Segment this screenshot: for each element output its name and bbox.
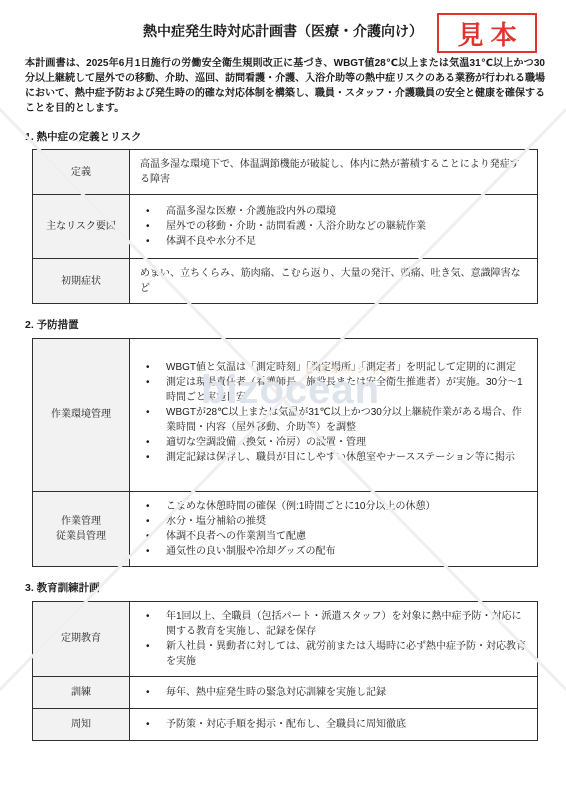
row-content: 高温多湿な環境下で、体温調節機能が破綻し、体内に熱が蓄積することにより発症する障… [130, 150, 538, 195]
bullet-item: WBGT値と気温は「測定時刻」「測定場所」「測定者」を明記して定期的に測定 [140, 360, 527, 375]
section-heading: 1. 熱中症の定義とリスク [25, 131, 566, 145]
row-text: めまい、立ちくらみ、筋肉痛、こむら返り、大量の発汗、頭痛、吐き気、意識障害など [140, 268, 521, 294]
sections: 1. 熱中症の定義とリスク定義高温多湿な環境下で、体温調節機能が破綻し、体内に熱… [0, 131, 566, 741]
row-text: 高温多湿な環境下で、体温調節機能が破綻し、体内に熱が蓄積することにより発症する障… [140, 159, 520, 185]
bullet-item: 新入社員・異動者に対しては、就労前または入場時に必ず熱中症予防・対応教育を実施 [140, 639, 527, 669]
bullet-item: 体調不良者への作業割当て配慮 [140, 529, 527, 544]
row-label: 周知 [33, 708, 130, 740]
bullet-item: 予防策・対応手順を掲示・配布し、全職員に周知徹底 [140, 717, 527, 732]
row-label: 定期教育 [33, 601, 130, 676]
bullet-list: 毎年、熱中症発生時の緊急対応訓練を実施し記録 [140, 685, 527, 700]
bullet-item: 測定は現場責任者（看護師長・施設長または安全衛生推進者）が実施。30分～1時間ご… [140, 375, 527, 405]
table-row: 訓練毎年、熱中症発生時の緊急対応訓練を実施し記録 [33, 676, 538, 708]
row-content: 予防策・対応手順を掲示・配布し、全職員に周知徹底 [130, 708, 538, 740]
bullet-item: WBGTが28℃以上または気温が31℃以上かつ30分以上継続作業がある場合、作業… [140, 405, 527, 435]
row-label: 訓練 [33, 676, 130, 708]
table-row: 定義高温多湿な環境下で、体温調節機能が破綻し、体内に熱が蓄積することにより発症す… [33, 150, 538, 195]
bullet-list: WBGT値と気温は「測定時刻」「測定場所」「測定者」を明記して定期的に測定測定は… [140, 360, 527, 465]
row-label: 作業環境管理 [33, 338, 130, 491]
bullet-item: こまめな休憩時間の確保（例:1時間ごとに10分以上の休憩） [140, 499, 527, 514]
row-content: こまめな休憩時間の確保（例:1時間ごとに10分以上の休憩）水分・塩分補給の推奨体… [130, 491, 538, 566]
section-table: 定義高温多湿な環境下で、体温調節機能が破綻し、体内に熱が蓄積することにより発症す… [32, 149, 538, 304]
bullet-list: 高温多湿な医療・介護施設内外の環境屋外での移動・介助・訪問看護・入浴介助などの継… [140, 204, 527, 249]
row-content: 毎年、熱中症発生時の緊急対応訓練を実施し記録 [130, 676, 538, 708]
row-content: めまい、立ちくらみ、筋肉痛、こむら返り、大量の発汗、頭痛、吐き気、意識障害など [130, 259, 538, 304]
bullet-list: 予防策・対応手順を掲示・配布し、全職員に周知徹底 [140, 717, 527, 732]
section-1: 1. 熱中症の定義とリスク定義高温多湿な環境下で、体温調節機能が破綻し、体内に熱… [0, 131, 566, 305]
intro-paragraph: 本計画書は、2025年6月1日施行の労働安全衛生規則改正に基づき、WBGT値28… [25, 56, 545, 116]
row-content: 年1回以上、全職員（包括パート・派遣スタッフ）を対象に熱中症予防・対応に関する教… [130, 601, 538, 676]
section-table: 定期教育年1回以上、全職員（包括パート・派遣スタッフ）を対象に熱中症予防・対応に… [32, 601, 538, 741]
row-label: 初期症状 [33, 259, 130, 304]
bullet-item: 年1回以上、全職員（包括パート・派遣スタッフ）を対象に熱中症予防・対応に関する教… [140, 609, 527, 639]
bullet-item: 水分・塩分補給の推奨 [140, 514, 527, 529]
sample-stamp: 見本 [437, 13, 537, 53]
table-row: 周知予防策・対応手順を掲示・配布し、全職員に周知徹底 [33, 708, 538, 740]
row-label: 主なリスク要因 [33, 195, 130, 259]
document-page: 熱中症発生時対応計画書（医療・介護向け） 見本 本計画書は、2025年6月1日施… [0, 0, 566, 800]
table-row: 作業環境管理WBGT値と気温は「測定時刻」「測定場所」「測定者」を明記して定期的… [33, 338, 538, 491]
row-label: 定義 [33, 150, 130, 195]
table-row: 主なリスク要因高温多湿な医療・介護施設内外の環境屋外での移動・介助・訪問看護・入… [33, 195, 538, 259]
section-2: 2. 予防措置作業環境管理WBGT値と気温は「測定時刻」「測定場所」「測定者」を… [0, 319, 566, 567]
table-row: 作業管理 従業員管理こまめな休憩時間の確保（例:1時間ごとに10分以上の休憩）水… [33, 491, 538, 566]
row-content: 高温多湿な医療・介護施設内外の環境屋外での移動・介助・訪問看護・入浴介助などの継… [130, 195, 538, 259]
section-3: 3. 教育訓練計画定期教育年1回以上、全職員（包括パート・派遣スタッフ）を対象に… [0, 582, 566, 741]
table-row: 定期教育年1回以上、全職員（包括パート・派遣スタッフ）を対象に熱中症予防・対応に… [33, 601, 538, 676]
bullet-item: 測定記録は保存し、職員が目にしやすい休憩室やナースステーション等に掲示 [140, 450, 527, 465]
section-table: 作業環境管理WBGT値と気温は「測定時刻」「測定場所」「測定者」を明記して定期的… [32, 338, 538, 567]
bullet-list: こまめな休憩時間の確保（例:1時間ごとに10分以上の休憩）水分・塩分補給の推奨体… [140, 499, 527, 559]
section-heading: 3. 教育訓練計画 [25, 582, 566, 596]
table-row: 初期症状めまい、立ちくらみ、筋肉痛、こむら返り、大量の発汗、頭痛、吐き気、意識障… [33, 259, 538, 304]
row-content: WBGT値と気温は「測定時刻」「測定場所」「測定者」を明記して定期的に測定測定は… [130, 338, 538, 491]
bullet-item: 体調不良や水分不足 [140, 234, 527, 249]
bullet-item: 高温多湿な医療・介護施設内外の環境 [140, 204, 527, 219]
bullet-item: 適切な空調設備（換気・冷房）の設置・管理 [140, 435, 527, 450]
bullet-item: 毎年、熱中症発生時の緊急対応訓練を実施し記録 [140, 685, 527, 700]
bullet-item: 通気性の良い制服や冷却グッズの配布 [140, 544, 527, 559]
section-heading: 2. 予防措置 [25, 319, 566, 333]
bullet-list: 年1回以上、全職員（包括パート・派遣スタッフ）を対象に熱中症予防・対応に関する教… [140, 609, 527, 669]
row-label: 作業管理 従業員管理 [33, 491, 130, 566]
bullet-item: 屋外での移動・介助・訪問看護・入浴介助などの継続作業 [140, 219, 527, 234]
